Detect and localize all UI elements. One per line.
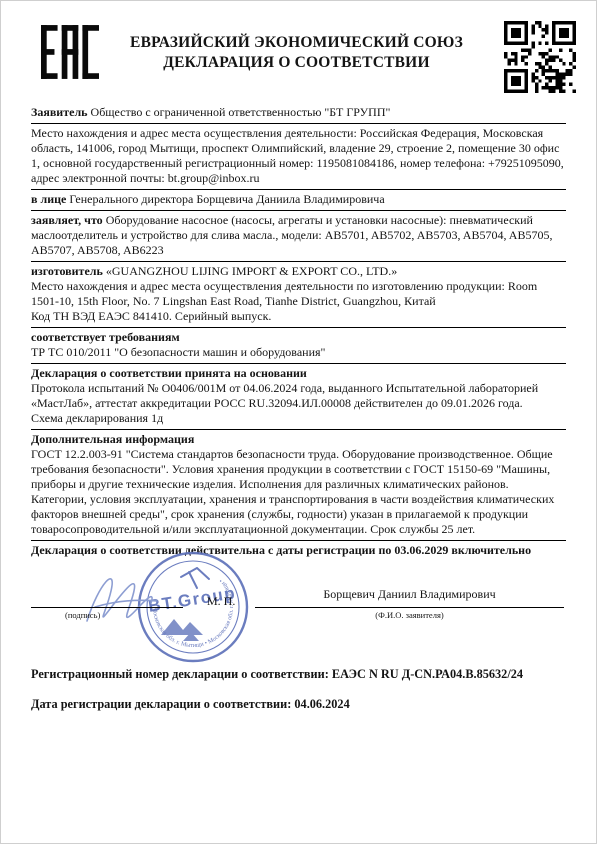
section-applicant-address: Место нахождения и адрес места осуществл… <box>31 124 566 190</box>
signature-line <box>31 607 183 608</box>
applicant-label: Заявитель <box>31 105 88 119</box>
tn-ved-code: Код ТН ВЭД ЕАЭС 841410. Серийный выпуск. <box>31 309 566 324</box>
registration-number-label: Регистрационный номер декларации о соотв… <box>31 667 329 681</box>
declares-label: заявляет, что <box>31 213 103 227</box>
additional-info-label: Дополнительная информация <box>31 432 566 447</box>
section-validity: Декларация о соответствии действительна … <box>31 541 566 561</box>
manufacturer-address: Место нахождения и адрес места осуществл… <box>31 279 566 309</box>
signature-block: Московская обл. г. Мытищи • Московская о… <box>31 561 566 653</box>
declaration-body: Заявитель Общество с ограниченной ответс… <box>31 103 566 561</box>
registration-number-value: ЕАЭС N RU Д-CN.РА04.В.85632/24 <box>332 667 523 681</box>
applicant-fio: Борщевич Даниил Владимирович <box>255 587 564 602</box>
additional-info-text: ГОСТ 12.2.003-91 "Система стандартов без… <box>31 447 566 537</box>
test-protocol: Протокола испытаний № О0406/001М от 04.0… <box>31 381 566 411</box>
qr-code <box>504 21 576 93</box>
company-stamp: Московская обл. г. Мытищи • Московская о… <box>65 543 275 675</box>
registration-date-value: 04.06.2024 <box>294 697 349 711</box>
stamp-rim-text: Московская обл. г. Мытищи • Московская о… <box>151 577 235 649</box>
represented-by-label: в лице <box>31 192 66 206</box>
represented-by-name: Генерального директора Борщевича Даниила… <box>69 192 384 206</box>
stamp-place-label: М. П. <box>207 594 235 609</box>
declaration-document-page: ЕВРАЗИЙСКИЙ ЭКОНОМИЧЕСКИЙ СОЮЗ ДЕКЛАРАЦИ… <box>0 0 597 844</box>
manufacturer-name: «GUANGZHOU LIJING IMPORT & EXPORT CO., L… <box>106 264 397 278</box>
section-manufacturer: изготовитель «GUANGZHOU LIJING IMPORT & … <box>31 262 566 328</box>
document-header: ЕВРАЗИЙСКИЙ ЭКОНОМИЧЕСКИЙ СОЮЗ ДЕКЛАРАЦИ… <box>1 1 596 99</box>
document-title: ЕВРАЗИЙСКИЙ ЭКОНОМИЧЕСКИЙ СОЮЗ ДЕКЛАРАЦИ… <box>99 21 494 73</box>
complies-label: соответствует требованиям <box>31 330 566 345</box>
section-applicant: Заявитель Общество с ограниченной ответс… <box>31 103 566 124</box>
signature-caption: (подпись) <box>65 610 100 620</box>
registration-date-row: Дата регистрации декларации о соответств… <box>31 697 566 712</box>
registration-date-label: Дата регистрации декларации о соответств… <box>31 697 291 711</box>
svg-text:Московская обл. г. Мытищи •: Московская обл. г. Мытищи • Московская о… <box>151 577 235 649</box>
manufacturer-label: изготовитель <box>31 264 103 278</box>
product-description: Оборудование насосное (насосы, агрегаты … <box>31 213 552 257</box>
technical-regulation: ТР ТС 010/2011 "О безопасности машин и о… <box>31 345 566 360</box>
section-declares: заявляет, что Оборудование насосное (нас… <box>31 211 566 262</box>
title-union: ЕВРАЗИЙСКИЙ ЭКОНОМИЧЕСКИЙ СОЮЗ <box>99 33 494 53</box>
registration-number-row: Регистрационный номер декларации о соотв… <box>31 667 566 682</box>
section-additional-info: Дополнительная информация ГОСТ 12.2.003-… <box>31 430 566 541</box>
fio-caption: (Ф.И.О. заявителя) <box>255 610 564 620</box>
validity-statement: Декларация о соответствии действительна … <box>31 543 566 558</box>
fio-line <box>255 607 564 608</box>
eac-conformity-mark-icon <box>41 25 99 79</box>
section-represented-by: в лице Генерального директора Борщевича … <box>31 190 566 211</box>
section-basis: Декларация о соответствии принята на осн… <box>31 364 566 430</box>
applicant-name: Общество с ограниченной ответственностью… <box>91 105 391 119</box>
basis-label: Декларация о соответствии принята на осн… <box>31 366 566 381</box>
applicant-address: Место нахождения и адрес места осуществл… <box>31 126 566 186</box>
title-declaration: ДЕКЛАРАЦИЯ О СООТВЕТСТВИИ <box>99 53 494 73</box>
declaration-scheme: Схема декларирования 1д <box>31 411 566 426</box>
section-complies: соответствует требованиям ТР ТС 010/2011… <box>31 328 566 364</box>
